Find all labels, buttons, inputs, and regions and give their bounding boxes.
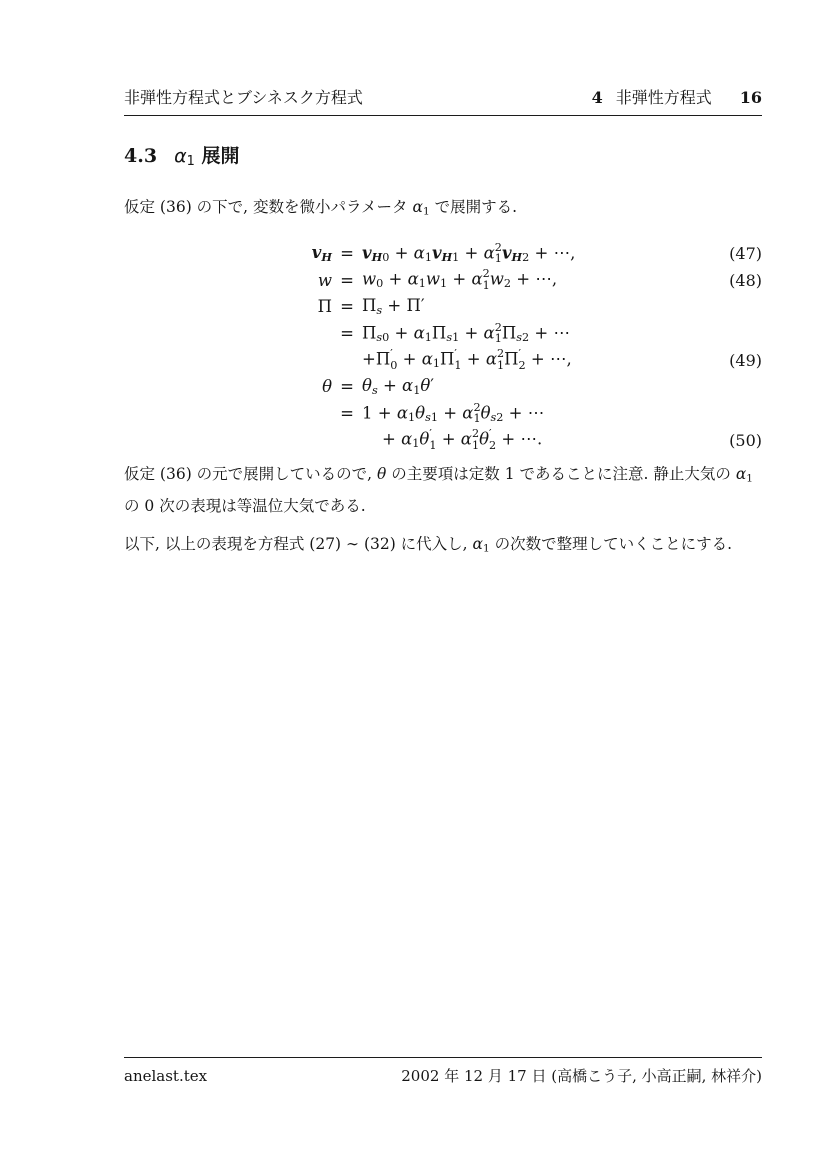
equation-rhs: w0 + α1w1 + α21w2 + ⋯, — [362, 268, 762, 292]
equation-row: θ=θs + α1θ′ — [124, 373, 762, 400]
page-footer: anelast.tex 2002 年 12 月 17 日 (高橋こう子, 小高正… — [124, 1057, 762, 1086]
math-token: + — [438, 403, 462, 422]
math-token: 1 — [425, 331, 432, 344]
math-token: 1 — [433, 357, 440, 370]
math-token: α — [462, 403, 473, 422]
section-heading-number: 4.3 — [124, 145, 157, 167]
math-token: v — [432, 243, 442, 262]
paragraph-closing: 以下, 以上の表現を方程式 (27) ∼ (32) に代入し, α1 の次数で整… — [124, 531, 768, 563]
math-token: θ — [419, 430, 429, 449]
stacked-script: 21 — [483, 268, 490, 292]
equation-rhs: θs + α1θ′ — [362, 376, 762, 397]
math-token: Π — [376, 350, 390, 369]
equation-rhs: +Π′0 + α1Π′1 + α21Π′2 + ⋯, — [362, 348, 762, 372]
math-token: + ⋯, — [529, 243, 575, 262]
equation-row: Π=Πs + Π′ — [124, 293, 762, 320]
math-token: α — [486, 350, 497, 369]
math-token: の次数で整理していくことにする. — [490, 535, 732, 553]
math-token: H — [321, 250, 332, 264]
math-token: 1 — [425, 251, 432, 264]
math-token: α — [414, 243, 425, 262]
math-token: Π — [502, 323, 516, 342]
header-left-title: 非弾性方程式とブシネスク方程式 — [124, 85, 363, 108]
text-line: 仮定 (36) の元で展開しているので, θ の主要項は定数 1 であることに注… — [124, 461, 768, 493]
math-token: α — [402, 376, 413, 395]
math-token: 1 — [483, 543, 490, 555]
math-token: Π — [362, 296, 376, 315]
footer-filename: anelast.tex — [124, 1067, 207, 1085]
equals-sign: = — [332, 271, 362, 290]
math-token: 2 — [504, 277, 511, 290]
text-line: 仮定 (36) の下で, 変数を微小パラメータ α1 で展開する. — [124, 194, 768, 226]
math-token: + — [389, 323, 413, 342]
stacked-script: 21 — [495, 322, 502, 346]
math-token: α — [473, 535, 483, 553]
math-token: θ — [377, 465, 386, 483]
equation-lhs: w — [124, 271, 332, 290]
math-token: + — [462, 350, 486, 369]
stacked-script: 21 — [472, 428, 479, 452]
math-token: α — [401, 430, 412, 449]
math-token: Π — [504, 350, 518, 369]
math-token: α — [736, 465, 746, 483]
math-token: + — [436, 430, 460, 449]
math-token: α — [174, 145, 187, 167]
math-token: θ — [479, 430, 489, 449]
running-header: 非弾性方程式とブシネスク方程式 4 非弾性方程式 16 — [124, 85, 762, 116]
math-token: + — [447, 270, 471, 289]
math-token: + — [383, 270, 407, 289]
equation-row: =1 + α1θs1 + α21θs2 + ⋯ — [124, 400, 762, 427]
equation-number: (48) — [729, 267, 762, 294]
math-token: 展開 — [201, 145, 239, 167]
equation-rhs: Πs0 + α1Πs1 + α21Πs2 + ⋯ — [362, 322, 762, 346]
math-token: θ — [420, 376, 430, 395]
math-token: Π — [406, 296, 420, 315]
section-heading-title: α1 展開 — [174, 145, 239, 167]
footer-date-authors: 2002 年 12 月 17 日 (高橋こう子, 小高正嗣, 林祥介) — [401, 1065, 762, 1086]
math-token: α — [484, 323, 495, 342]
math-token: の主要項は定数 1 であることに注意. 静止大気の — [386, 465, 735, 483]
math-token: v — [502, 243, 512, 262]
math-token: θ — [362, 376, 372, 395]
equation-number: (50) — [729, 427, 762, 454]
text-line: 以下, 以上の表現を方程式 (27) ∼ (32) に代入し, α1 の次数で整… — [124, 531, 768, 563]
header-page-number: 16 — [740, 88, 762, 107]
paragraph-note: 仮定 (36) の元で展開しているので, θ の主要項は定数 1 であることに注… — [124, 461, 768, 520]
math-token: + — [459, 323, 483, 342]
math-token: + — [397, 350, 421, 369]
math-token: Π — [440, 350, 454, 369]
equation-number: (49) — [729, 347, 762, 374]
math-token: α — [413, 198, 423, 216]
equals-sign: = — [332, 324, 362, 343]
math-token: + ⋯ — [503, 403, 544, 422]
equals-sign: = — [332, 244, 362, 263]
math-token: v — [362, 243, 372, 262]
equation-lhs: θ — [124, 377, 332, 396]
document-page: 非弾性方程式とブシネスク方程式 4 非弾性方程式 16 4.3α1 展開 仮定 … — [0, 0, 826, 1169]
stacked-script: 21 — [473, 402, 480, 426]
math-token: + — [389, 243, 413, 262]
equals-sign: = — [332, 404, 362, 423]
stacked-script: ′1 — [454, 348, 461, 372]
math-token: w — [426, 270, 440, 289]
math-token: 1 — [419, 277, 426, 290]
math-token: 1 — [423, 206, 430, 218]
equation-rhs: + α1θ′1 + α21θ′2 + ⋯. — [362, 428, 762, 452]
equation-rhs: vH0 + α1vH1 + α21vH2 + ⋯, — [362, 242, 762, 266]
math-token: θ — [322, 377, 332, 396]
paragraph-intro: 仮定 (36) の下で, 変数を微小パラメータ α1 で展開する. — [124, 194, 768, 226]
math-token: 1 — [746, 473, 753, 485]
math-token: + — [382, 430, 401, 449]
section-heading: 4.3α1 展開 — [124, 141, 239, 169]
math-token: + — [382, 296, 406, 315]
math-token: Π — [362, 323, 376, 342]
equation-row: w=w0 + α1w1 + α21w2 + ⋯,(48) — [124, 267, 762, 294]
math-token: w — [362, 270, 376, 289]
equation-row: =Πs0 + α1Πs1 + α21Πs2 + ⋯ — [124, 320, 762, 347]
text-line: の 0 次の表現は等温位大気である. — [124, 493, 768, 520]
math-token: Π — [318, 297, 332, 316]
equation-lhs: Π — [124, 297, 332, 316]
math-token: + — [362, 350, 376, 369]
math-token: α — [484, 243, 495, 262]
math-token: ′ — [430, 376, 434, 395]
math-token: Π — [432, 323, 446, 342]
math-token: + — [378, 376, 402, 395]
equation-number: (47) — [729, 240, 762, 267]
stacked-script: ′2 — [519, 348, 526, 372]
math-token: θ — [415, 403, 425, 422]
math-token: 仮定 (36) の下で, 変数を微小パラメータ — [124, 198, 413, 216]
math-token: α — [397, 403, 408, 422]
math-token: + ⋯, — [511, 270, 557, 289]
equation-block: vH=vH0 + α1vH1 + α21vH2 + ⋯,(47)w=w0 + α… — [124, 240, 762, 454]
math-token: 1 + — [362, 403, 397, 422]
math-token: w — [318, 271, 332, 290]
math-token: ′ — [421, 296, 425, 315]
equation-row: vH=vH0 + α1vH1 + α21vH2 + ⋯,(47) — [124, 240, 762, 267]
math-token: の 0 次の表現は等温位大気である. — [124, 497, 366, 515]
math-token: H — [372, 250, 383, 264]
math-token: 以下, 以上の表現を方程式 (27) ∼ (32) に代入し, — [124, 535, 473, 553]
math-token: w — [490, 270, 504, 289]
math-token: v — [312, 243, 322, 262]
equation-rhs: Πs + Π′ — [362, 296, 762, 317]
math-token: α — [471, 270, 482, 289]
math-token: で展開する. — [430, 198, 517, 216]
math-token: 1 — [187, 154, 195, 169]
math-token: 1 — [431, 411, 438, 424]
math-token: + ⋯, — [526, 350, 572, 369]
header-section-title: 非弾性方程式 — [616, 85, 712, 108]
equation-row: +Π′0 + α1Π′1 + α21Π′2 + ⋯,(49) — [124, 347, 762, 374]
math-token: α — [414, 323, 425, 342]
math-token: + — [459, 243, 483, 262]
math-token: + ⋯. — [496, 430, 542, 449]
header-section-number: 4 — [592, 88, 603, 107]
math-token: α — [461, 430, 472, 449]
math-token: α — [408, 270, 419, 289]
equation-lhs: vH — [124, 243, 332, 264]
math-token: H — [512, 250, 523, 264]
equation-row: + α1θ′1 + α21θ′2 + ⋯.(50) — [124, 427, 762, 454]
math-token: α — [422, 350, 433, 369]
math-token: 仮定 (36) の元で展開しているので, — [124, 465, 377, 483]
math-token: θ — [481, 403, 491, 422]
stacked-script: 21 — [495, 242, 502, 266]
math-token: H — [442, 250, 453, 264]
equation-rhs: 1 + α1θs1 + α21θs2 + ⋯ — [362, 402, 762, 426]
equals-sign: = — [332, 377, 362, 396]
equals-sign: = — [332, 297, 362, 316]
header-right: 4 非弾性方程式 16 — [592, 85, 762, 108]
math-token: + ⋯ — [529, 323, 570, 342]
